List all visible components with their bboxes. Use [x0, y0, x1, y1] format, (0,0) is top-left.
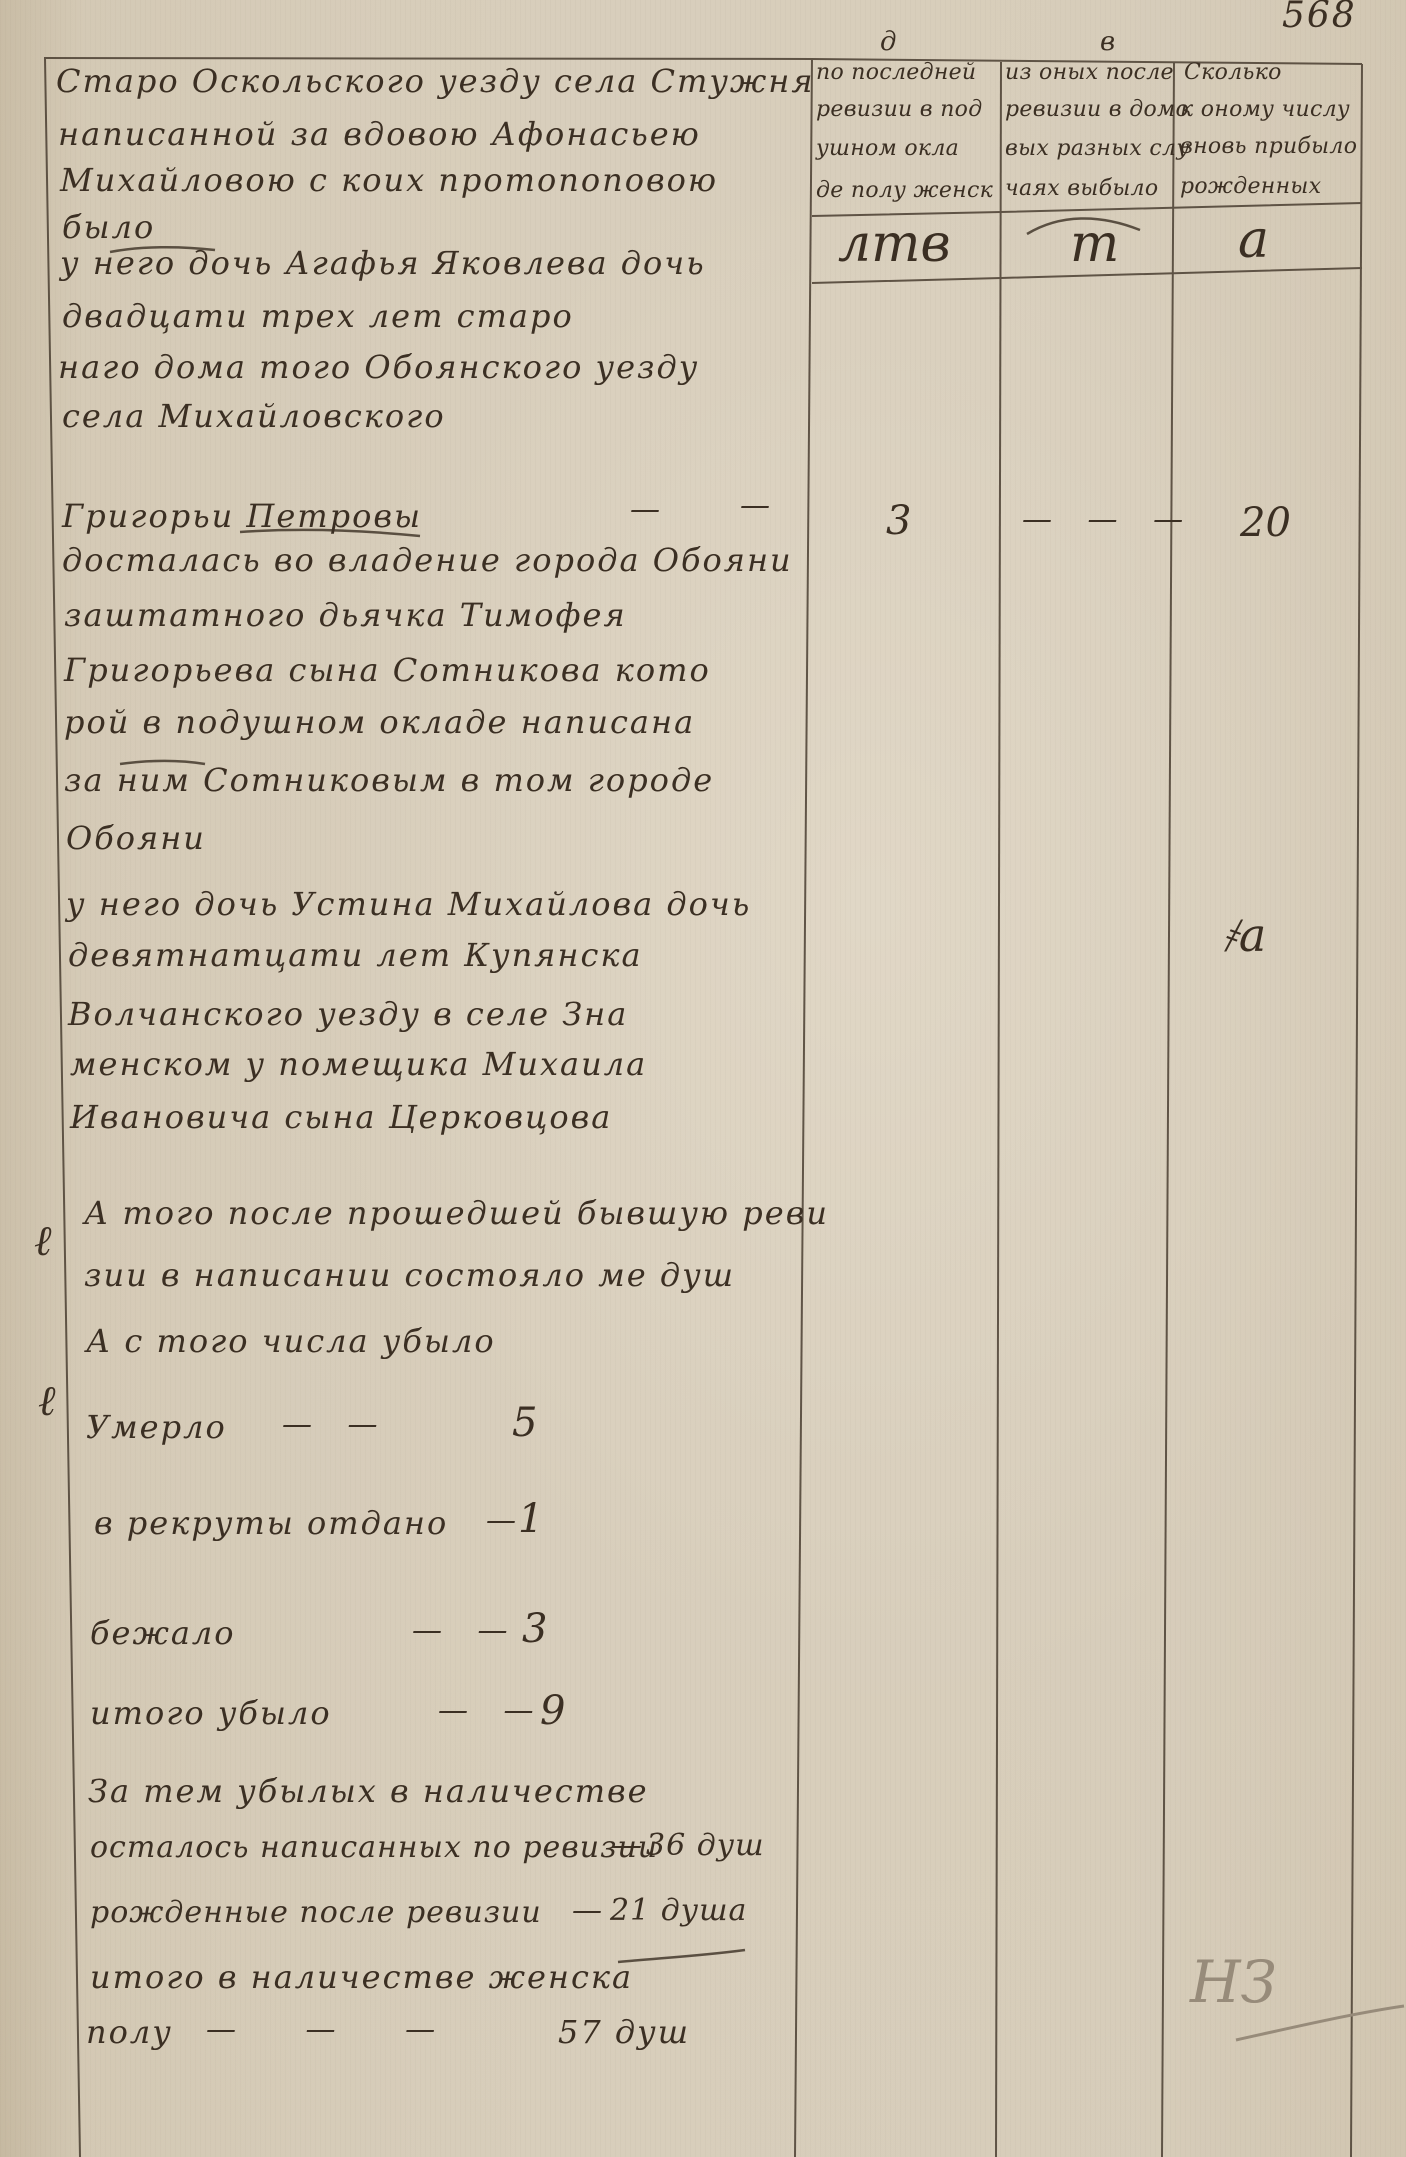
summary-intro-line: А того после прошедшей бывшую реви: [84, 1193, 829, 1233]
remain-title: За тем убылых в наличестве: [88, 1771, 649, 1811]
remaining-value: 36 душ: [646, 1826, 765, 1866]
tally-label-fled: бежало: [90, 1613, 236, 1653]
margin-mark: ℓ: [34, 1218, 52, 1264]
tally-value-total-decrease: 9: [540, 1688, 565, 1734]
total-dashes: — — —: [206, 2010, 435, 2050]
column-2-header-line: вых разных слу: [1005, 136, 1189, 162]
entry-grigoriya-dash: —: [630, 490, 660, 530]
column-2-total: т: [1070, 214, 1119, 274]
column-1-header-line: ушном окла: [816, 136, 959, 162]
entry-grigoriya-line: заштатного дьячка Тимофея: [64, 595, 627, 635]
column-3-header-line: Сколько: [1184, 60, 1282, 86]
column-3-header-line: рожденных: [1180, 174, 1321, 200]
column-1-header-line: по последней: [816, 60, 976, 86]
decrease-title: А с того числа убыло: [86, 1321, 496, 1361]
column-2-header-line: из оных после: [1005, 60, 1174, 86]
entry-ustina-line: менском у помещика Михаила: [70, 1044, 647, 1084]
entry-grigoriya-line: Григорьева сына Сотникова кото: [64, 650, 711, 690]
entry-agafya-line: села Михайловского: [62, 396, 446, 436]
entry-agafya-line: двадцати трех лет старо: [62, 296, 574, 336]
heading-line: написанной за вдовою Афонасьею: [58, 114, 701, 154]
tally-label-recruits: в рекруты отдано: [94, 1503, 448, 1543]
entry-grigoriya-line: досталась во владение города Обояни: [62, 540, 793, 580]
column-2-entry-dashes: — — —: [1022, 500, 1183, 540]
entry-grigoriya-line: рой в подушном окладе написана: [64, 702, 695, 742]
tally-dashes: — —: [412, 1611, 508, 1651]
pencil-annotation: НЗ: [1190, 1950, 1277, 2014]
remaining-dash: —: [612, 1826, 642, 1866]
column-2-header-line: ревизии в домо: [1005, 97, 1189, 123]
tally-value-died: 5: [512, 1400, 537, 1446]
tally-label-died: Умерло: [86, 1407, 227, 1447]
underline-flourish: [618, 1950, 745, 1962]
born-dash: —: [572, 1891, 602, 1931]
entry-grigoriya-line: Обояни: [66, 818, 206, 858]
remaining-label: осталось написанных по ревизии: [90, 1828, 658, 1868]
entry-ustina-line: девятнатцати лет Купянска: [68, 935, 643, 975]
tally-value-fled: 3: [522, 1606, 547, 1652]
column-1-total: лтв: [838, 214, 951, 274]
total-value: 57 душ: [558, 2012, 690, 2052]
column-1-entry: 3: [886, 498, 911, 544]
column-3-header-line: вновь прибыло: [1180, 134, 1357, 160]
column-2-header-line: чаях выбыло: [1005, 176, 1158, 202]
tally-dashes: —: [486, 1501, 516, 1541]
entry-grigoriya-name: Григорьи Петровы: [62, 496, 422, 536]
right-border-line: [1351, 64, 1362, 2157]
column-2-superscript: в: [1100, 28, 1115, 56]
heading-line: было: [62, 207, 155, 247]
column-1-header-line: де полу женск: [816, 178, 993, 204]
tally-label-total-decrease: итого убыло: [90, 1693, 332, 1733]
entry-agafya-line: наго дома того Обоянского уезду: [58, 347, 699, 387]
column-3-header-line: к оному числу: [1180, 97, 1350, 123]
entry-ustina-line: Волчанского уезду в селе Зна: [68, 994, 628, 1034]
column-1-superscript: д: [880, 28, 896, 56]
column-1-header-line: ревизии в под: [816, 97, 982, 123]
total-label: полу: [86, 2012, 173, 2052]
column-3-numeral-mark: ҂а: [1226, 912, 1266, 958]
entry-ustina-line: Ивановича сына Церковцова: [70, 1097, 612, 1137]
column-3-total: а: [1238, 210, 1269, 270]
folio-number: 568: [1282, 0, 1357, 36]
entry-ustina-line: у него дочь Устина Михайлова дочь: [66, 884, 751, 924]
born-value: 21 душа: [610, 1891, 747, 1931]
summary-intro-line: зии в написании состояло ме душ: [84, 1255, 735, 1295]
tally-value-recruits: 1: [518, 1496, 543, 1542]
entry-grigoriya-tail-mark: —: [740, 486, 770, 526]
tally-dashes: — —: [438, 1691, 534, 1731]
text-column-right-line: [795, 58, 812, 2157]
manuscript-page: 568 д в по последней ревизии в под ушном…: [0, 0, 1406, 2157]
tally-dashes: — —: [282, 1405, 378, 1445]
entry-agafya-line: у него дочь Агафья Яковлева дочь: [60, 243, 706, 283]
column-divider-1: [996, 62, 1001, 2157]
heading-line: Старо Оскольского уезду села Стужня: [56, 61, 815, 101]
entry-grigoriya-line: за ним Сотниковым в том городе: [64, 760, 714, 800]
born-label: рожденные после ревизии: [90, 1893, 542, 1933]
heading-line: Михайловою с коих протопоповою: [60, 160, 718, 200]
margin-mark: ℓ: [38, 1378, 56, 1424]
column-divider-2: [1162, 62, 1174, 2157]
column-3-entry: 20: [1240, 500, 1291, 546]
total-title: итого в наличестве женска: [90, 1957, 633, 1997]
